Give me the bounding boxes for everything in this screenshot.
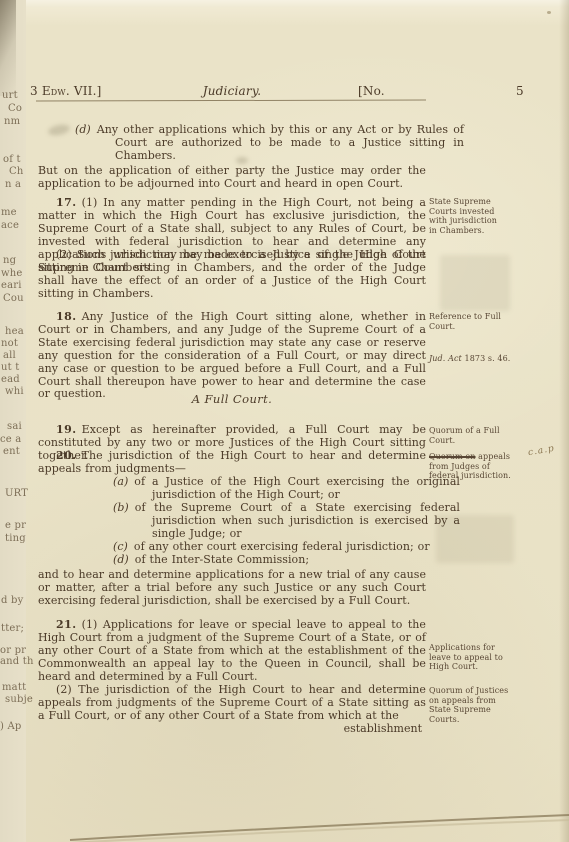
gutter-fragment: me: [1, 207, 17, 218]
gutter-fragment: ng: [3, 255, 16, 266]
margin-note-s18-citation: Jud. Act 1873 s. 46.: [429, 354, 529, 364]
section-21-2: (2) The jurisdiction of the High Court t…: [38, 684, 426, 723]
section-number: 17.: [56, 196, 77, 209]
item-marker: (c): [113, 540, 128, 553]
item-marker: (a): [113, 475, 128, 488]
section-20-closing: and to hear and determine applications f…: [38, 569, 426, 608]
section-text: Any Justice of the High Court sitting al…: [38, 310, 426, 400]
gutter-fragment: not: [1, 338, 18, 349]
section-text: (1) Applications for leave or special le…: [38, 618, 426, 683]
clause-d: (d)Any other applications which by this …: [115, 124, 464, 163]
paragraph-text: But on the application of either party t…: [38, 164, 426, 190]
section-text: The jurisdiction of the High Court to he…: [38, 449, 426, 475]
gutter-fragment: ead: [1, 374, 20, 385]
item-text: of a Justice of the High Court exercisin…: [134, 475, 460, 501]
section-20-intro: 20.The jurisdiction of the High Court to…: [38, 450, 426, 476]
section-number: 19.: [56, 423, 77, 436]
gutter-fragment: Cou: [3, 293, 24, 304]
margin-note-s21-1: Applications for leave to appeal to High…: [429, 643, 509, 672]
handwritten-annotation: c.a.p: [527, 444, 555, 459]
gutter-fragment: whe: [1, 268, 23, 279]
gutter-fragment: sai: [7, 421, 22, 432]
item-text: of the Supreme Court of a State exercisi…: [135, 501, 460, 540]
catchword: establishment: [38, 722, 422, 735]
gutter-fragment: or pr: [0, 645, 26, 656]
act-number-bracket: [No.: [358, 84, 385, 98]
scanned-statute-page: urt Co nm of t Ch n a me ace ng whe eari…: [0, 0, 569, 842]
item-marker: (d): [113, 553, 129, 566]
gutter-fragment: tter;: [1, 623, 24, 634]
gutter-fragment: and th: [0, 656, 34, 667]
gutter-fragment: ting: [5, 533, 26, 544]
gutter-fragment: e pr: [5, 520, 26, 531]
section-text: (2) The jurisdiction of the High Court t…: [38, 683, 426, 722]
clause-marker: (d): [75, 123, 91, 136]
section-17-2: (2) Such jurisdiction may be exercised b…: [38, 249, 426, 301]
section-21-1: 21.(1) Applications for leave or special…: [38, 619, 426, 684]
section-text: (2) Such jurisdiction may be exercised b…: [38, 248, 426, 300]
page-number: 5: [516, 84, 524, 98]
pencil-smudge: [47, 123, 71, 137]
gutter-fragment: URT: [5, 488, 28, 499]
section-20-item-d: (d)of the Inter-State Commission;: [152, 554, 460, 567]
gutter-fragment: ut t: [1, 362, 19, 373]
gutter-fragment: matt: [2, 682, 26, 693]
gutter-fragment: urt: [2, 90, 18, 101]
gutter-fragment: Co: [8, 103, 22, 114]
gutter-fragment: ace: [1, 220, 19, 231]
gutter-fragment: ent: [3, 446, 20, 457]
margin-note-s21-2: Quorum of Justices on appeals from State…: [429, 686, 509, 724]
gutter-fragment: of t: [3, 154, 21, 165]
item-text: of any other court exercising federal ju…: [134, 540, 430, 553]
gutter-fragment: whi: [5, 386, 24, 397]
margin-note-s17: State Supreme Courts invested with juris…: [429, 197, 503, 235]
section-number: 21.: [56, 618, 77, 631]
section-text: and to hear and determine applications f…: [38, 568, 426, 607]
gutter-corner-shadow: [0, 0, 16, 96]
gutter-fragment: all: [3, 350, 16, 361]
clause-text: Any other applications which by this or …: [97, 123, 464, 162]
citation-ref: 1873 s. 46.: [465, 354, 511, 363]
paper-speck: [547, 11, 551, 14]
gutter-fragment: Ch: [9, 166, 24, 177]
showthrough-patch: [440, 255, 510, 311]
gutter-fragment: nm: [4, 116, 20, 127]
section-18: 18.Any Justice of the High Court sitting…: [38, 311, 426, 401]
gutter-fragment: hea: [5, 326, 24, 337]
section-number: 18.: [56, 310, 77, 323]
section-20-item-b: (b)of the Supreme Court of a State exerc…: [152, 502, 460, 541]
margin-note-s19: Quorum of a Full Court.: [429, 426, 501, 445]
gutter-fragment: d by: [1, 595, 23, 606]
gutter-fragment: ) Ap: [0, 721, 22, 732]
section-20-item-a: (a)of a Justice of the High Court exerci…: [152, 476, 460, 502]
proviso-paragraph: But on the application of either party t…: [38, 165, 426, 191]
struck-words: Quorum on: [429, 452, 476, 461]
margin-note-s20: Quorum on appeals from Judges of federal…: [429, 452, 511, 481]
section-number: 20.: [56, 449, 77, 462]
crossheading-full-court: A Full Court.: [38, 392, 426, 406]
section-20-item-c: (c)of any other court exercising federal…: [152, 541, 460, 554]
header-rule: [36, 99, 426, 101]
citation-act: Jud. Act: [429, 354, 462, 363]
gutter-fragment: ce a: [0, 434, 21, 445]
margin-note-s18: Reference to Full Court.: [429, 312, 505, 331]
page-top-edge: [0, 0, 569, 7]
page-right-edge-shadow: [559, 0, 569, 842]
gutter-fragment: subje: [5, 694, 33, 705]
item-text: of the Inter-State Commission;: [135, 553, 309, 566]
page-bottom-curl-edge: [0, 802, 569, 842]
gutter-fragment: eari: [1, 280, 22, 291]
gutter-fragment: n a: [5, 179, 21, 190]
item-marker: (b): [113, 501, 129, 514]
